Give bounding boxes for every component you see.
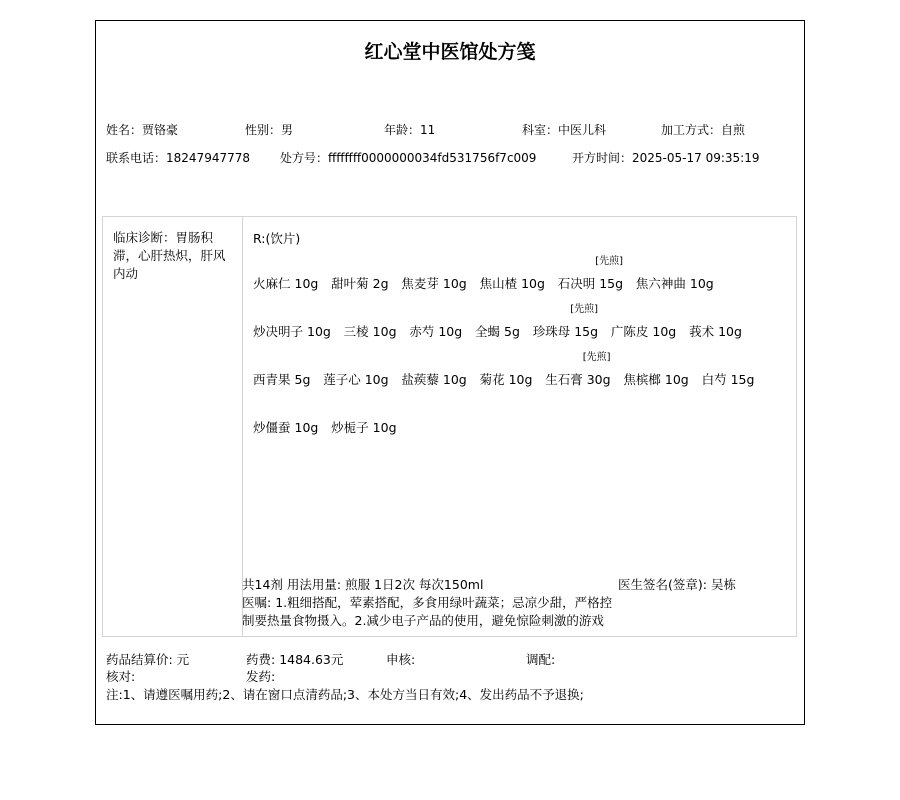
prescription-sheet: 红心堂中医馆处方笺 姓名：贾铬豪 性别：男 年龄：11 科室：中医儿科 加工方式… [95, 20, 805, 725]
herb-item: [先煎]生石膏 30g [545, 351, 610, 389]
herb-dose: 10g [443, 276, 467, 291]
herb-name: 火麻仁 [253, 276, 291, 291]
herb-item: 莪术 10g [689, 303, 742, 341]
herb-item: 焦六神曲 10g [636, 255, 714, 293]
diagnosis: 临床诊断：胃肠积滞，心肝热炽，肝风内动 [113, 229, 233, 283]
prescription-box: 临床诊断：胃肠积滞，心肝热炽，肝风内动 R:(饮片) 火麻仁 10g 甜叶菊 2… [102, 216, 797, 637]
advice: 医嘱: 1.粗细搭配，荤素搭配，多食用绿叶蔬菜；忌凉少甜，严格控制要热量食物摄入… [242, 594, 622, 630]
herb-item: [先煎]珍珠母 15g [533, 303, 598, 341]
herb-dose: 15g [731, 372, 755, 387]
department: 科室：中医儿科 [522, 121, 606, 139]
drug-fee: 药费: 1484.63元 [246, 651, 343, 669]
patient-age: 年龄：11 [384, 121, 435, 139]
department-value: 中医儿科 [558, 123, 606, 137]
herb-name: 焦六神曲 [636, 276, 686, 291]
herb-dose: 5g [295, 372, 311, 387]
rx-number-value: ffffffff0000000034fd531756f7c009 [328, 151, 536, 165]
herb-item: 赤芍 10g [409, 303, 462, 341]
herb-item: 焦槟榔 10g [623, 351, 688, 389]
page-title: 红心堂中医馆处方笺 [96, 37, 804, 64]
herb-item: [先煎]石决明 15g [558, 255, 623, 293]
usage-and-advice: 共14剂 用法用量: 煎服 1日2次 每次150ml 医嘱: 1.粗细搭配，荤素… [242, 576, 622, 630]
herb-item: 三棱 10g [344, 303, 397, 341]
herb-dose: 15g [574, 324, 598, 339]
herb-dose: 10g [295, 420, 319, 435]
herb-name: 炒僵蚕 [253, 420, 291, 435]
herb-item: 焦麦芽 10g [401, 255, 466, 293]
herb-dose: 10g [690, 276, 714, 291]
rx-time-label: 开方时间： [572, 151, 632, 165]
age-label: 年龄： [384, 123, 420, 137]
herb-dose: 5g [504, 324, 520, 339]
footer-row-1: 药品结算价: 元 药费: 1484.63元 申核: 调配: [106, 651, 796, 669]
phone: 联系电话：18247947778 [106, 149, 250, 167]
processing-value: 自煎 [721, 123, 745, 137]
herb-item: 炒栀子 10g [331, 399, 396, 437]
processing-method: 加工方式：自煎 [661, 121, 745, 139]
herb-item: 菊花 10g [480, 351, 533, 389]
herb-name: 珍珠母 [533, 324, 571, 339]
herb-dose: 10g [365, 372, 389, 387]
herb-dose: 10g [295, 276, 319, 291]
herb-name: 焦山楂 [480, 276, 518, 291]
name-label: 姓名： [106, 123, 142, 137]
herb-dose: 10g [307, 324, 331, 339]
herb-item: 火麻仁 10g [253, 255, 318, 293]
herb-line-3: 西青果 5g 莲子心 10g 盐蒺藜 10g 菊花 10g [先煎]生石膏 30… [253, 351, 763, 391]
patient-info-row-1: 姓名：贾铬豪 性别：男 年龄：11 科室：中医儿科 加工方式：自煎 [106, 121, 796, 139]
processing-label: 加工方式： [661, 123, 721, 137]
herb-name: 莲子心 [323, 372, 361, 387]
phone-label: 联系电话： [106, 151, 166, 165]
diagnosis-column: 临床诊断：胃肠积滞，心肝热炽，肝风内动 [103, 217, 243, 636]
herb-line-1: 火麻仁 10g 甜叶菊 2g 焦麦芽 10g 焦山楂 10g [先煎]石决明 1… [253, 255, 723, 295]
herb-dose: 10g [438, 324, 462, 339]
herb-note: [先煎] [595, 255, 623, 269]
herb-name: 焦槟榔 [623, 372, 661, 387]
settle-price: 药品结算价: 元 [106, 651, 189, 669]
usage-text: 共14剂 用法用量: 煎服 1日2次 每次150ml [242, 576, 622, 594]
herb-item: 莲子心 10g [323, 351, 388, 389]
herb-dose: 30g [587, 372, 611, 387]
rx-number: 处方号：ffffffff0000000034fd531756f7c009 [280, 149, 536, 167]
advice-label: 医嘱: [242, 595, 275, 610]
herb-name: 焦麦芽 [401, 276, 439, 291]
herb-item: 炒僵蚕 10g [253, 399, 318, 437]
issue: 发药: [246, 668, 275, 686]
dispense: 调配: [526, 651, 555, 669]
herb-dose: 10g [718, 324, 742, 339]
herb-name: 生石膏 [545, 372, 583, 387]
herb-line-4: 炒僵蚕 10g 炒栀子 10g [253, 399, 406, 439]
patient-info-row-2: 联系电话：18247947778 处方号：ffffffff0000000034f… [106, 149, 796, 167]
fee-value: 1484.63元 [279, 652, 343, 667]
review: 申核: [386, 651, 415, 669]
herb-item: 广陈皮 10g [611, 303, 676, 341]
herb-name: 莪术 [689, 324, 714, 339]
footer-row-2: 核对: 发药: [106, 668, 796, 686]
phone-value: 18247947778 [166, 151, 250, 165]
diagnosis-label: 临床诊断： [113, 230, 176, 245]
herb-name: 甜叶菊 [331, 276, 369, 291]
herb-dose: 10g [373, 420, 397, 435]
herb-dose: 2g [373, 276, 389, 291]
herb-name: 炒决明子 [253, 324, 303, 339]
herb-name: 白芍 [702, 372, 727, 387]
name-value: 贾铬豪 [142, 123, 178, 137]
patient-gender: 性别：男 [245, 121, 293, 139]
herb-dose: 10g [665, 372, 689, 387]
herb-name: 盐蒺藜 [401, 372, 439, 387]
herb-item: 全蝎 5g [475, 303, 520, 341]
herb-item: 盐蒺藜 10g [401, 351, 466, 389]
doctor-name: 吴栋 [711, 577, 736, 592]
herb-name: 赤芍 [409, 324, 434, 339]
herb-item: 西青果 5g [253, 351, 310, 389]
age-value: 11 [420, 123, 435, 137]
doctor-signature: 医生签名(签章): 吴栋 [618, 576, 736, 594]
gender-label: 性别： [245, 123, 281, 137]
footer-notes: 注:1、请遵医嘱用药;2、请在窗口点清药品;3、本处方当日有效;4、发出药品不予… [106, 686, 584, 704]
department-label: 科室： [522, 123, 558, 137]
herb-name: 三棱 [344, 324, 369, 339]
herb-dose: 10g [373, 324, 397, 339]
herb-name: 菊花 [480, 372, 505, 387]
herb-name: 炒栀子 [331, 420, 369, 435]
herb-name: 西青果 [253, 372, 291, 387]
fee-label: 药费: [246, 652, 279, 667]
herb-item: 炒决明子 10g [253, 303, 331, 341]
herb-item: 甜叶菊 2g [331, 255, 388, 293]
herb-dose: 10g [509, 372, 533, 387]
rx-time: 开方时间：2025-05-17 09:35:19 [572, 149, 759, 167]
herb-note: [先煎] [583, 351, 611, 365]
advice-text: 1.粗细搭配，荤素搭配，多食用绿叶蔬菜；忌凉少甜，严格控制要热量食物摄入。2.减… [242, 595, 612, 628]
rx-number-label: 处方号： [280, 151, 328, 165]
herb-name: 石决明 [558, 276, 596, 291]
gender-value: 男 [281, 123, 293, 137]
herb-name: 全蝎 [475, 324, 500, 339]
herb-dose: 10g [443, 372, 467, 387]
herb-name: 广陈皮 [611, 324, 649, 339]
prescription-column: R:(饮片) 火麻仁 10g 甜叶菊 2g 焦麦芽 10g 焦山楂 10g [先… [243, 217, 796, 636]
herb-note: [先煎] [570, 303, 598, 317]
herb-line-2: 炒决明子 10g 三棱 10g 赤芍 10g 全蝎 5g [先煎]珍珠母 15g… [253, 303, 751, 343]
herb-dose: 10g [652, 324, 676, 339]
doctor-label: 医生签名(签章): [618, 577, 711, 592]
herb-dose: 15g [599, 276, 623, 291]
rx-time-value: 2025-05-17 09:35:19 [632, 151, 759, 165]
herb-dose: 10g [521, 276, 545, 291]
patient-name: 姓名：贾铬豪 [106, 121, 178, 139]
check: 核对: [106, 668, 135, 686]
rx-header: R:(饮片) [253, 229, 300, 247]
herb-item: 白芍 15g [702, 351, 755, 389]
herb-item: 焦山楂 10g [480, 255, 545, 293]
